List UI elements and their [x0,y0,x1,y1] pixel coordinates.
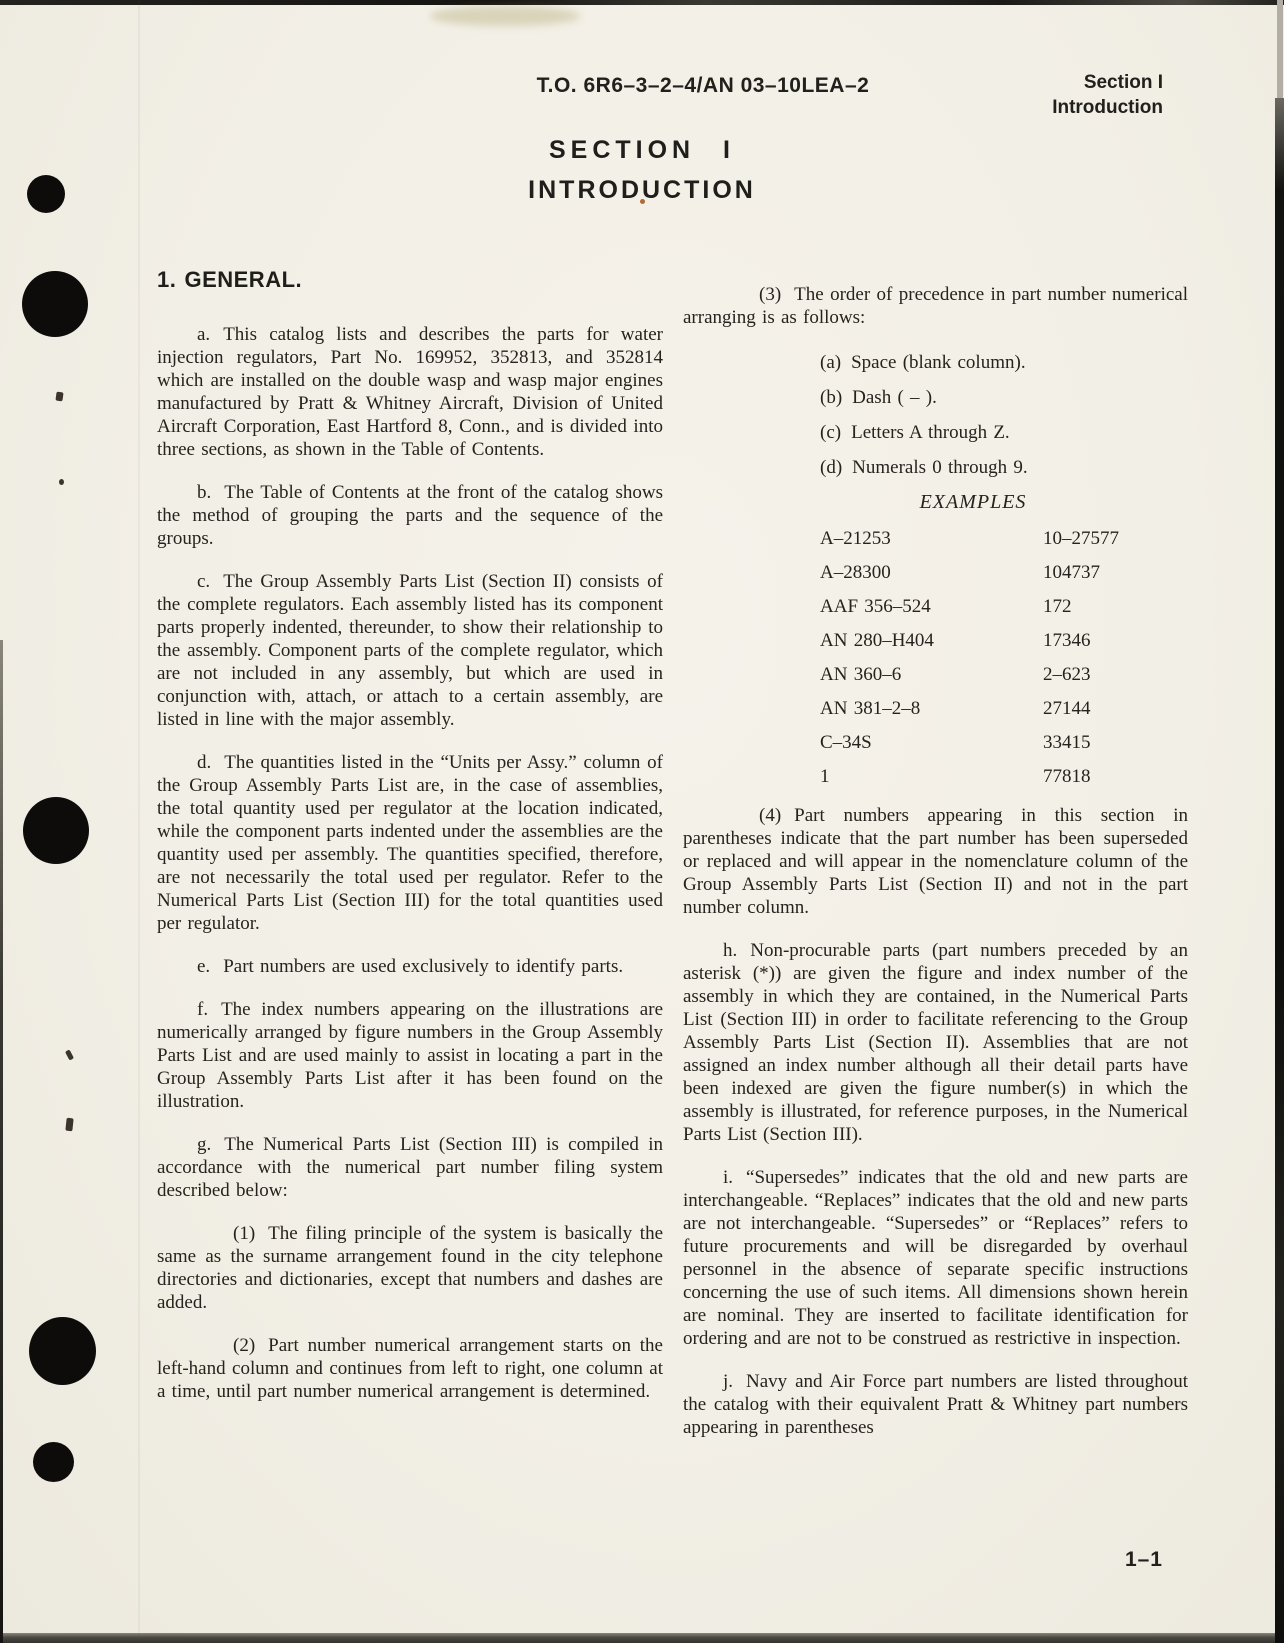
paragraph-i: i.“Supersedes” indicates that the old an… [683,1166,1188,1350]
precedence-item-d: (d)Numerals 0 through 9. [820,456,1188,479]
paragraph-label: e. [197,956,210,977]
paragraph-text: “Supersedes” indicates that the old and … [683,1167,1188,1349]
paragraph-j: j.Navy and Air Force part numbers are li… [683,1370,1188,1439]
ink-speck [55,392,63,402]
subparagraph-1: (1)The filing principle of the system is… [157,1222,663,1314]
paragraph-text: Non-procurable parts (part numbers prece… [683,940,1188,1145]
scan-edge-right [1275,98,1284,1643]
binding-hole [22,271,88,337]
item-text: Numerals 0 through 9. [852,457,1027,478]
item-label: (c) [820,422,841,443]
paragraph-d: d.The quantities listed in the “Units pe… [157,751,663,935]
paragraph-text: Part numbers are used exclusively to ide… [223,956,623,977]
scan-edge-right-top [1277,0,1283,98]
paragraph-text: This catalog lists and describes the par… [157,324,663,460]
subparagraph-4: (4)Part numbers appearing in this sectio… [683,804,1188,919]
paragraph-f: f.The index numbers appearing on the ill… [157,998,663,1113]
example-part-number: 17346 [1043,629,1091,652]
subparagraph-2: (2)Part number numerical arrangement sta… [157,1334,663,1403]
paragraph-e: e.Part numbers are used exclusively to i… [157,955,663,978]
ink-speck [65,1049,74,1060]
examples-table: EXAMPLES A–2125310–27577 A–28300104737 A… [683,491,1188,788]
scan-edge-bottom [0,1633,1284,1643]
example-part-number: 104737 [1043,561,1100,584]
paragraph-text: The Table of Contents at the front of th… [157,482,663,549]
section-reference-line2: Introduction [1052,95,1163,120]
paragraph-text: The index numbers appearing on the illus… [157,999,663,1112]
examples-row: A–2125310–27577 [683,527,1188,550]
examples-row: AN 381–2–827144 [683,697,1188,720]
subparagraph-3: (3)The order of precedence in part numbe… [683,283,1188,329]
paragraph-g: g.The Numerical Parts List (Section III)… [157,1133,663,1202]
precedence-item-c: (c)Letters A through Z. [820,421,1188,444]
paragraph-label: h. [723,940,737,961]
examples-row: A–28300104737 [683,561,1188,584]
ink-speck [59,479,64,485]
examples-row: 177818 [683,765,1188,788]
paragraph-label: c. [197,571,210,592]
example-part-number: AN 381–2–8 [820,697,1043,720]
item-text: Letters A through Z. [851,422,1010,443]
paragraph-label: f. [197,999,208,1020]
manual-page: T.O. 6R6–3–2–4/AN 03–10LEA–2 Section I I… [0,0,1284,1643]
paragraph-b: b.The Table of Contents at the front of … [157,481,663,550]
precedence-item-b: (b)Dash ( – ). [820,386,1188,409]
paragraph-c: c.The Group Assembly Parts List (Section… [157,570,663,731]
examples-row: AAF 356–524172 [683,595,1188,618]
example-part-number: AN 360–6 [820,663,1043,686]
paragraph-text: The Numerical Parts List (Section III) i… [157,1134,663,1201]
paragraph-text: The quantities listed in the “Units per … [157,752,663,934]
section-reference: Section I Introduction [1052,70,1163,120]
paragraph-a: a.This catalog lists and describes the p… [157,323,663,461]
item-label: (a) [820,352,841,373]
example-part-number: 77818 [1043,765,1091,788]
item-label: (b) [820,387,842,408]
example-part-number: AAF 356–524 [820,595,1043,618]
item-text: Space (blank column). [851,352,1025,373]
section-subtitle: INTRODUCTION [0,176,1284,205]
paragraph-label: d. [197,752,211,773]
example-part-number: A–21253 [820,527,1043,550]
general-heading: 1. GENERAL. [157,268,663,291]
paragraph-text: Navy and Air Force part numbers are list… [683,1371,1188,1438]
examples-row: C–34S33415 [683,731,1188,754]
ink-speck [65,1118,73,1132]
examples-row: AN 280–H40417346 [683,629,1188,652]
binding-hole [33,1442,74,1482]
paragraph-label: g. [197,1134,211,1155]
scan-smudge [430,6,580,26]
paragraph-h: h.Non-procurable parts (part numbers pre… [683,939,1188,1146]
precedence-item-a: (a)Space (blank column). [820,351,1188,374]
examples-row: AN 360–62–623 [683,663,1188,686]
paragraph-label: j. [723,1371,733,1392]
example-part-number: 1 [820,765,1043,788]
page-crease [138,0,140,1643]
example-part-number: 33415 [1043,731,1091,754]
paragraph-label: (3) [759,284,781,305]
section-title: SECTION I [0,136,1284,165]
paragraph-label: (1) [233,1223,255,1244]
document-number: T.O. 6R6–3–2–4/AN 03–10LEA–2 [423,74,983,98]
paragraph-label: i. [723,1167,733,1188]
binding-hole [29,1317,96,1385]
page-number: 1–1 [1125,1548,1163,1572]
binding-hole [23,797,89,864]
example-part-number: A–28300 [820,561,1043,584]
left-column: 1. GENERAL. a.This catalog lists and des… [157,268,663,1403]
paragraph-label: (4) [759,805,781,826]
scan-edge-left [0,640,3,1643]
paragraph-label: b. [197,482,211,503]
examples-heading: EXAMPLES [843,491,1103,514]
right-column: (3)The order of precedence in part numbe… [683,283,1188,1439]
example-part-number: C–34S [820,731,1043,754]
example-part-number: 10–27577 [1043,527,1119,550]
item-text: Dash ( – ). [852,387,937,408]
item-label: (d) [820,457,842,478]
example-part-number: 2–623 [1043,663,1091,686]
paragraph-text: The Group Assembly Parts List (Section I… [157,571,663,730]
paragraph-label: a. [197,324,210,345]
section-reference-line1: Section I [1052,70,1163,95]
example-part-number: AN 280–H404 [820,629,1043,652]
example-part-number: 172 [1043,595,1072,618]
example-part-number: 27144 [1043,697,1091,720]
paragraph-label: (2) [233,1335,255,1356]
scan-edge-top [0,0,1284,5]
